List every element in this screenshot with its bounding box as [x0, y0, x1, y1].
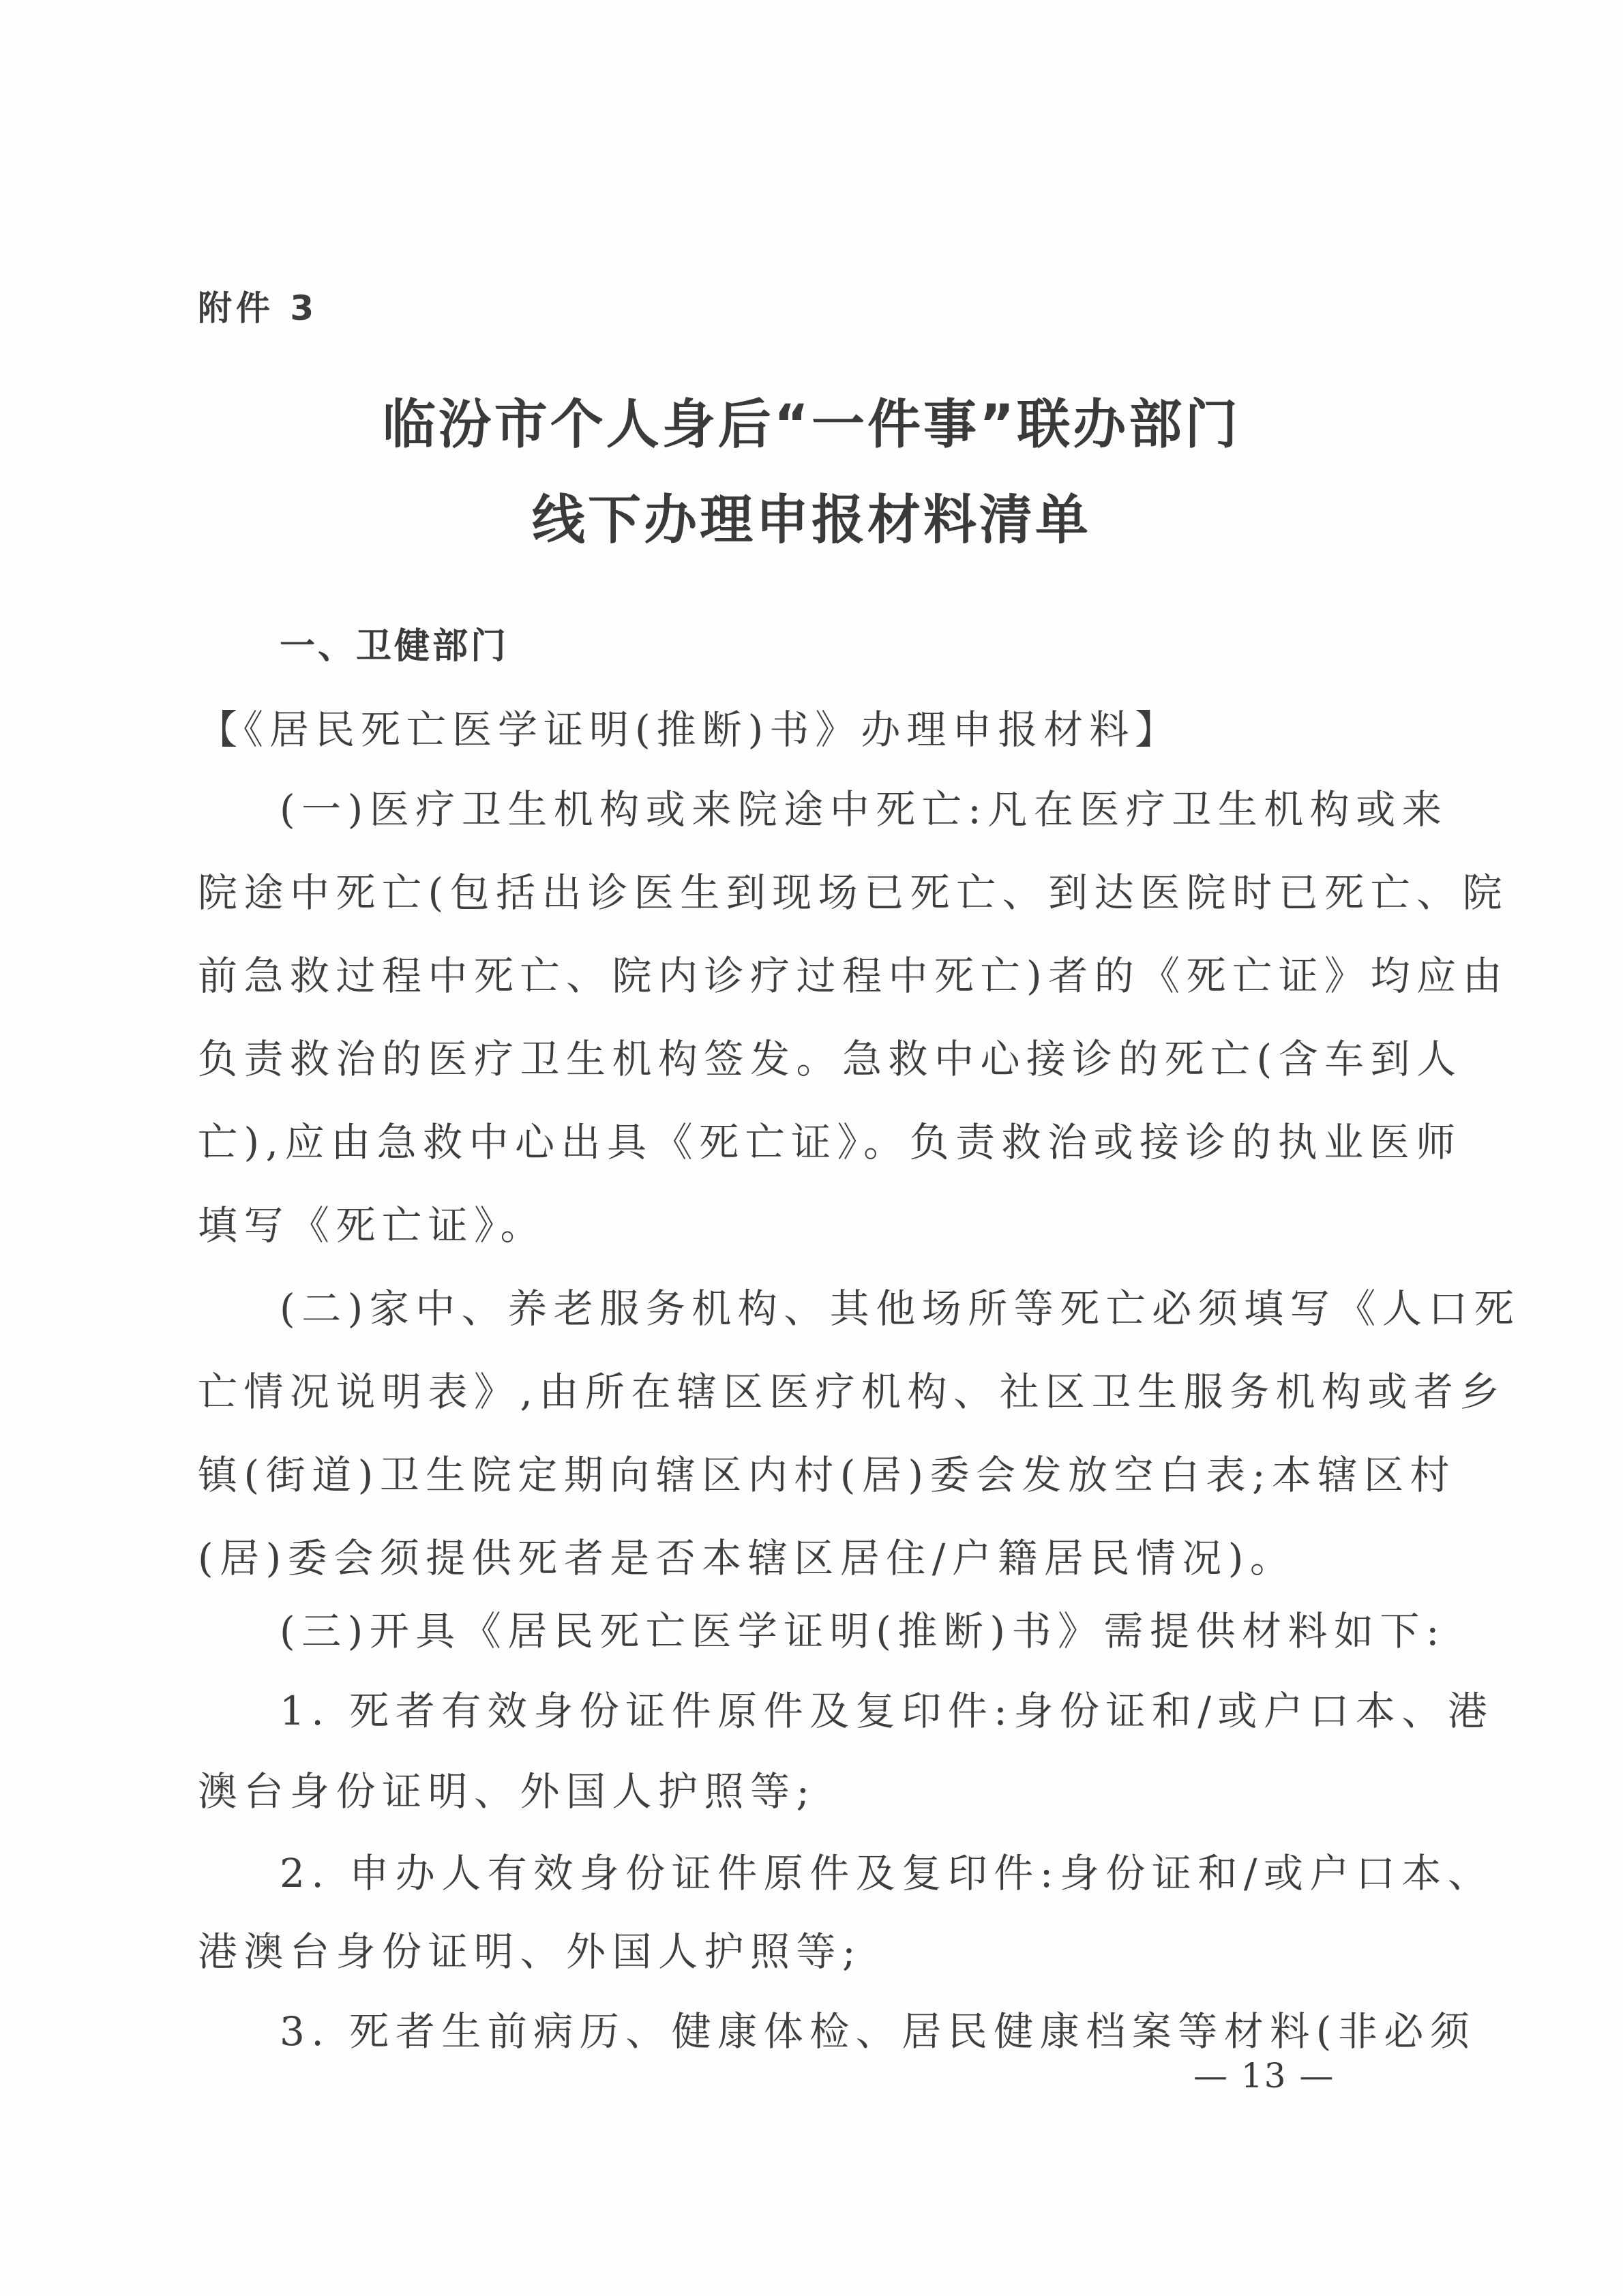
paragraph-line: 负责救治的医疗卫生机构签发。急救中心接诊的死亡(含车到人: [198, 1027, 1463, 1084]
list-item-line: 澳台身份证明、外国人护照等;: [198, 1759, 816, 1817]
paragraph-line: 亡),应由急救中心出具《死亡证》。负责救治或接诊的执业医师: [198, 1110, 1462, 1167]
list-item-line: 港澳台身份证明、外国人护照等;: [198, 1920, 862, 1977]
paragraph-line: (二)家中、养老服务机构、其他场所等死亡必须填写《人口死: [280, 1277, 1520, 1334]
document-page: 附件 3 临汾市个人身后“一件事”联办部门 线下办理申报材料清单 一、卫健部门 …: [0, 0, 1623, 2296]
paragraph-line: 填写《死亡证》。: [198, 1193, 546, 1251]
list-item-line: 2. 申办人有效身份证件原件及复印件:身份证和/或户口本、: [280, 1841, 1493, 1898]
paragraph-line: 镇(街道)卫生院定期向辖区内村(居)委会发放空白表;本辖区村: [198, 1443, 1456, 1500]
paragraph-line: 亡情况说明表》,由所在辖区医疗机构、社区卫生服务机构或者乡: [198, 1360, 1506, 1417]
section-subheading: 【《居民死亡医学证明(推断)书》办理申报材料】: [198, 698, 1180, 755]
paragraph-line: (居)委会须提供死者是否本辖区居住/户籍居民情况)。: [198, 1526, 1296, 1583]
attachment-label: 附件 3: [198, 281, 318, 330]
paragraph-line: 前急救过程中死亡、院内诊疗过程中死亡)者的《死亡证》均应由: [198, 944, 1508, 1001]
paragraph-line: (三)开具《居民死亡医学证明(推断)书》需提供材料如下:: [280, 1599, 1446, 1656]
document-title-line-2: 线下办理申报材料清单: [0, 477, 1623, 554]
paragraph-line: 院途中死亡(包括出诊医生到现场已死亡、到达医院时已死亡、院: [198, 861, 1508, 918]
section-heading: 一、卫健部门: [280, 617, 509, 668]
paragraph-line: (一)医疗卫生机构或来院途中死亡:凡在医疗卫生机构或来: [280, 777, 1448, 835]
page-number: — 13 —: [1193, 2056, 1335, 2096]
document-title-line-1: 临汾市个人身后“一件事”联办部门: [0, 382, 1623, 458]
list-item-line: 1. 死者有效身份证件原件及复印件:身份证和/或户口本、港: [280, 1679, 1493, 1736]
list-item-line: 3. 死者生前病历、健康体检、居民健康档案等材料(非必须: [280, 1999, 1476, 2057]
